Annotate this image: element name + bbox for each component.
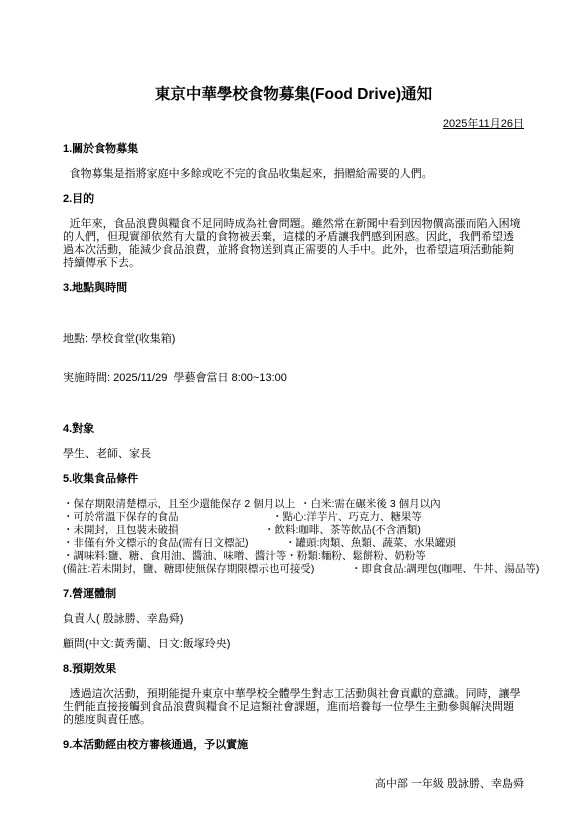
document-page: 東京中華學校食物募集(Food Drive)通知 2025年11月26日 1.關… (0, 0, 587, 832)
section-5-heading: 5.收集食品條件 (63, 473, 524, 486)
section-4-body: 學生、老師、家長 (63, 448, 524, 461)
criteria-item: ・保存期限清楚標示，且至少還能保存 2 個月以上 (63, 498, 300, 511)
food-criteria-row: ・保存期限清楚標示，且至少還能保存 2 個月以上 ・白米:需在碾米後 3 個月以… (63, 498, 524, 511)
food-criteria-row: ・可於常溫下保存的食品 ・點心:洋芋片、巧克力、糖果等 (63, 511, 524, 524)
person-in-charge-line: 負責人( 殷詠勝、幸島舜) (63, 613, 524, 626)
section-9-heading: 9.本活動經由校方審核通過，予以實施 (63, 739, 524, 752)
food-criteria-row: (備註:若未開封，鹽、糖即使無保存期限標示也可接受) ・即食食品:調理包(咖哩、… (63, 563, 524, 576)
criteria-item: ・非僅有外文標示的食品(需有日文標記) (63, 537, 285, 550)
criteria-item: ・即食食品:調理包(咖哩、牛丼、湯品等) (351, 563, 539, 576)
criteria-note: (備註:若未開封，鹽、糖即使無保存期限標示也可接受) (63, 563, 351, 576)
advisor-line: 顧問(中文:黃秀蘭、日文:飯塚玲央) (63, 638, 524, 651)
section-3-details: 地點: 學校食堂(收集箱) 実施時間: 2025/11/29 學藝會當日 8:0… (63, 307, 524, 411)
signature: 高中部 一年級 殷詠勝、幸島舜 (63, 778, 524, 791)
criteria-item: ・未開封，且包裝未破損 (63, 524, 264, 537)
section-2-heading: 2.目的 (63, 193, 524, 206)
section-3-heading: 3.地點與時間 (63, 282, 524, 295)
document-date: 2025年11月26日 (63, 118, 524, 131)
location-line: 地點: 學校食堂(收集箱) (63, 333, 524, 346)
criteria-item: ・可於常溫下保存的食品 (63, 511, 272, 524)
food-criteria-row: ・非僅有外文標示的食品(需有日文標記) ・罐頭:肉類、魚類、蔬菜、水果罐頭 (63, 537, 524, 550)
food-criteria-row: ・未開封，且包裝未破損 ・飲料:咖啡、茶等飲品(不含酒類) (63, 524, 524, 537)
criteria-item: ・白米:需在碾米後 3 個月以內 (300, 498, 441, 511)
section-2-body: 近年來，食品浪費與糧食不足同時成為社會問題。雖然常在新聞中看到因物價高漲而陷入困… (63, 218, 524, 270)
criteria-item: ・飲料:咖啡、茶等飲品(不含酒類) (264, 524, 421, 537)
criteria-item: ・粉類:麵粉、鬆餅粉、奶粉等 (286, 550, 425, 563)
criteria-item: ・罐頭:肉類、魚類、蔬菜、水果罐頭 (285, 537, 456, 550)
section-1-body: 食物募集是指將家庭中多餘或吃不完的食品收集起來，捐贈給需要的人們。 (63, 168, 524, 181)
document-title: 東京中華學校食物募集(Food Drive)通知 (63, 86, 524, 104)
food-criteria-list: ・保存期限清楚標示，且至少還能保存 2 個月以上 ・白米:需在碾米後 3 個月以… (63, 498, 524, 576)
time-line: 実施時間: 2025/11/29 學藝會當日 8:00~13:00 (63, 372, 524, 385)
section-8-body: 透過這次活動，預期能提升東京中華學校全體學生對志工活動與社會貢獻的意識。同時，讓… (63, 688, 524, 727)
criteria-item: ・調味料:鹽、糖、食用油、醬油、味噌、醬汁等 (63, 550, 286, 563)
section-8-heading: 8.預期效果 (63, 663, 524, 676)
criteria-item: ・點心:洋芋片、巧克力、糖果等 (272, 511, 422, 524)
section-4-heading: 4.對象 (63, 423, 524, 436)
section-1-heading: 1.關於食物募集 (63, 143, 524, 156)
section-7-heading: 7.營運體制 (63, 588, 524, 601)
food-criteria-row: ・調味料:鹽、糖、食用油、醬油、味噌、醬汁等 ・粉類:麵粉、鬆餅粉、奶粉等 (63, 550, 524, 563)
